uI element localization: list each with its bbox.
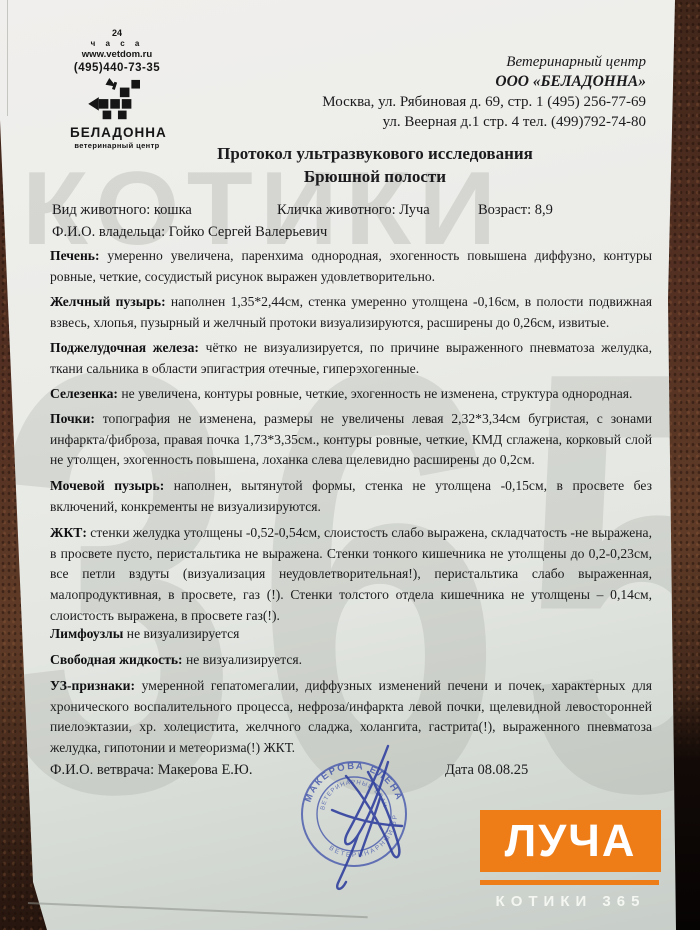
logo-site: www.vetdom.ru (70, 49, 164, 61)
clinic-header: Ветеринарный центр ООО «БЕЛАДОННА» Москв… (322, 52, 646, 132)
logo-hours: 24 (70, 28, 164, 39)
report-section-7: ЖКТ: стенки желудка утолщены -0,52-0,54с… (50, 523, 652, 627)
sheet-corner-edge (7, 0, 8, 116)
date-value: 08.08.25 (478, 762, 529, 778)
badge-title: ЛУЧА (505, 815, 637, 867)
badge-divider (480, 880, 659, 885)
vet-name-value: Макерова Е.Ю. (158, 762, 253, 778)
logo-phone: (495)440-73-35 (70, 61, 164, 75)
report-section-3: Поджелудочная железа: чётко не визуализи… (50, 338, 652, 379)
vet-name-line: Ф.И.О. ветврача: Макерова Е.Ю. (50, 762, 252, 779)
patient-owner: Ф.И.О. владельца: Гойко Сергей Валерьеви… (52, 224, 327, 241)
patient-owner-label: Ф.И.О. владельца: (52, 224, 165, 240)
clinic-header-line2: ООО «БЕЛАДОННА» (322, 72, 646, 92)
patient-age-label: Возраст: (478, 202, 531, 218)
patient-name-label: Кличка животного: (277, 202, 396, 218)
channel-badge: ЛУЧА КОТИКИ 365 (480, 810, 661, 910)
date-label: Дата (445, 762, 474, 778)
patient-age: Возраст: 8,9 (478, 202, 553, 219)
stamp-and-signature: МАКЕРОВА ЕЛЕНА ВЕТЕРИНАРНЫЙ ВРАЧ ВЕТЕРИН… (288, 738, 448, 923)
report-section-5: Почки: топография не изменена, размеры н… (50, 409, 652, 471)
patient-owner-value: Гойко Сергей Валерьевич (169, 224, 328, 240)
patient-age-value: 8,9 (535, 202, 553, 218)
patient-name: Кличка животного: Луча (277, 202, 430, 219)
report-section-2: Желчный пузырь: наполнен 1,35*2,44см, ст… (50, 292, 652, 333)
logo-clinic-name: БЕЛАДОННА (70, 125, 164, 142)
report-section-6: Мочевой пузырь: наполнен, вытянутой форм… (50, 476, 652, 517)
dog-pixel-icon (88, 78, 146, 124)
badge-subtitle: КОТИКИ 365 (480, 893, 661, 910)
patient-species-label: Вид животного: (52, 202, 150, 218)
vet-stamp-icon: МАКЕРОВА ЕЛЕНА ВЕТЕРИНАРНЫЙ ВРАЧ ВЕТЕРИН… (288, 738, 448, 918)
report-section-1: Печень: умеренно увеличена, паренхима од… (50, 246, 652, 287)
report-section-8: Лимфоузлы не визуализируется (50, 624, 652, 645)
photo-of-vet-ultrasound-report: { "clinic": { "logo": { "hours": "24", "… (0, 0, 700, 930)
patient-species: Вид животного: кошка (52, 202, 192, 219)
report-title-line2: Брюшной полости (90, 165, 660, 188)
vet-name-label: Ф.И.О. ветврача: (50, 762, 154, 778)
logo-hours-word: ч а с а (70, 39, 164, 49)
clinic-header-line3: Москва, ул. Рябиновая д. 69, стр. 1 (495… (322, 92, 646, 112)
report-title-line1: Протокол ультразвукового исследования (90, 142, 660, 165)
badge-title-box: ЛУЧА (480, 810, 661, 872)
patient-species-value: кошка (154, 202, 192, 218)
date-line: Дата 08.08.25 (445, 762, 528, 779)
clinic-header-line4: ул. Веерная д.1 стр. 4 тел. (499)792-74-… (322, 112, 646, 132)
clinic-header-line1: Ветеринарный центр (322, 52, 646, 72)
report-section-4: Селезенка: не увеличена, контуры ровные,… (50, 384, 652, 405)
report-title: Протокол ультразвукового исследования Бр… (90, 142, 660, 188)
clinic-logo-block: 24 ч а с а www.vetdom.ru (495)440-73-35 … (70, 28, 164, 151)
patient-name-value: Луча (399, 202, 429, 218)
report-section-9: Свободная жидкость: не визуализируется. (50, 650, 652, 671)
